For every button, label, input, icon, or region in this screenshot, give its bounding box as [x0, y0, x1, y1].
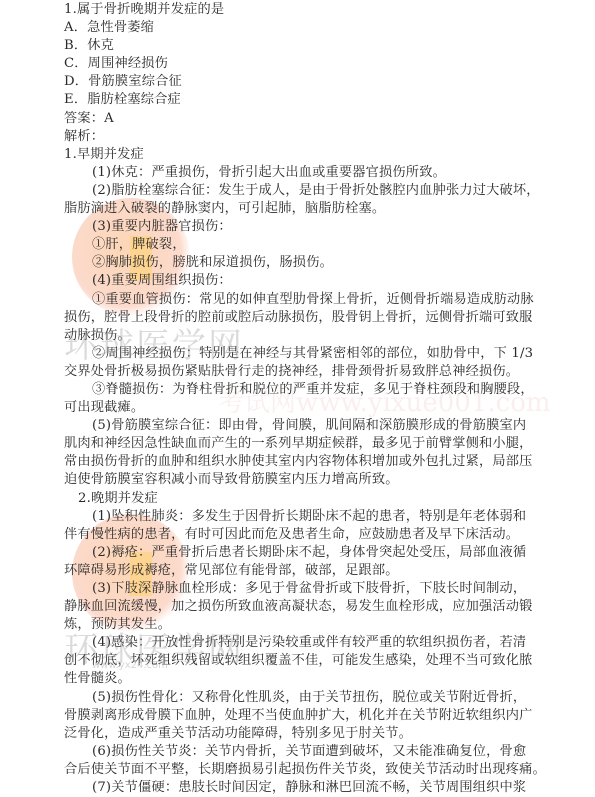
answer: 答案：A	[64, 110, 580, 128]
early-line: 常由损伤骨折的血肿和组织水肿使其室内内容物体积增加或外包扎过紧，局部压	[64, 453, 580, 471]
early-line: 肌肉和神经因急性缺血而产生的一系列早期症候群，最多见于前臂掌侧和小腿，	[64, 435, 580, 453]
early-line: ①肝，脾破裂，	[64, 236, 580, 254]
late-line: (2)褥疮：严重骨折后患者长期卧床不起，身体骨突起处受压，局部血液循	[64, 544, 580, 562]
late-line: 环障碍易形成褥疮，常见部位有能骨部，破部，足跟部。	[64, 562, 580, 580]
late-line: 静脉血回流缓慢，加之损伤所致血液高凝状态，易发生血栓形成，应加强活动锻	[64, 598, 580, 616]
early-line: (1)休克：严重损伤，骨折引起大出血或重要器官损伤所致。	[64, 164, 580, 182]
early-line: ③脊髓损伤：为脊柱骨折和脱位的严重并发症，多见于脊柱颈段和胸腰段，	[64, 381, 580, 399]
early-line: ①重要血管损伤：常见的如伸直型肋骨探上骨折，近侧骨折端易造成肪动脉	[64, 291, 580, 309]
document-page: 考试网www.yixue001.com 环球医学网 环球医学网 www.yx24…	[0, 0, 595, 797]
early-line: (5)骨筋膜室综合征：即由骨，骨间膜，肌间隔和深筋膜形成的骨筋膜室内	[64, 417, 580, 435]
late-line: (3)下肢深静脉血栓形成：多见于骨盆骨折或下肢骨折，下肢长时间制动，	[64, 580, 580, 598]
analysis-label: 解析：	[64, 128, 580, 146]
early-line: ②胸肺损伤，膀胱和尿道损伤，肠损伤。	[64, 254, 580, 272]
early-line: (2)脂肪栓塞综合征：发生于成人，是由于骨折处骸腔内血肿张力过大破坏，	[64, 182, 580, 200]
late-line: 骨膜剥离形成骨膜下血肿，处理不当使血肿扩大，机化并在关节附近软组织内广	[64, 707, 580, 725]
document-content: 1.属于骨折晚期并发症的是 A．急性骨萎缩 B．休克 C．周围神经损伤 D．骨筋…	[64, 1, 580, 797]
option-d: D．骨筋膜室综合征	[64, 73, 580, 91]
section-heading-early: 1.早期并发症	[64, 146, 580, 164]
section-heading-late: 2.晚期并发症	[64, 490, 580, 508]
late-line: (7)关节僵硬：患肢长时间因定，静脉和淋巴回流不畅，关节周围组织中浆	[64, 779, 580, 797]
late-line: (5)损伤性骨化：又称骨化性肌炎，由于关节扭伤，脱位或关节附近骨折，	[64, 689, 580, 707]
early-line: (4)重要周围组织损伤：	[64, 272, 580, 290]
late-line: 合后使关节面不平整，长期磨损易引起损伤件关节炎，致使关节活动时出现疼痛。	[64, 761, 580, 779]
late-line: 伴有慢性病的患者，有时可因此而危及患者生命，应鼓励患者及早下床活动。	[64, 526, 580, 544]
early-line: 迫使骨筋膜室容积减小而导致骨筋膜室内压力增高所致。	[64, 471, 580, 489]
late-line: (1)坠积性肺炎：多发生于因骨折长期卧床不起的患者，特别是年老体弱和	[64, 508, 580, 526]
early-line: 脂肪滴进入破裂的静脉窦内，可引起肺，脑脂肪栓塞。	[64, 200, 580, 218]
watermark-brand: 环球医学网	[64, 318, 244, 367]
question-stem: 1.属于骨折晚期并发症的是	[64, 1, 580, 19]
early-line: 可出现截瘫。	[64, 399, 580, 417]
early-line: (3)重要内脏器官损伤：	[64, 218, 580, 236]
option-e: E．脂肪栓塞综合症	[64, 91, 580, 109]
option-a: A．急性骨萎缩	[64, 19, 580, 37]
late-line: 泛骨化，造成严重关节活动功能障碍，特别多见于肘关节。	[64, 725, 580, 743]
late-line: 性骨髓炎。	[64, 670, 580, 688]
late-line: (6)损伤性关节炎：关节内骨折，关节面遭到破坏，又未能准确复位，骨愈	[64, 743, 580, 761]
watermark-url: www.yx24.com	[92, 660, 168, 671]
option-c: C．周围神经损伤	[64, 55, 580, 73]
option-b: B．休克	[64, 37, 580, 55]
